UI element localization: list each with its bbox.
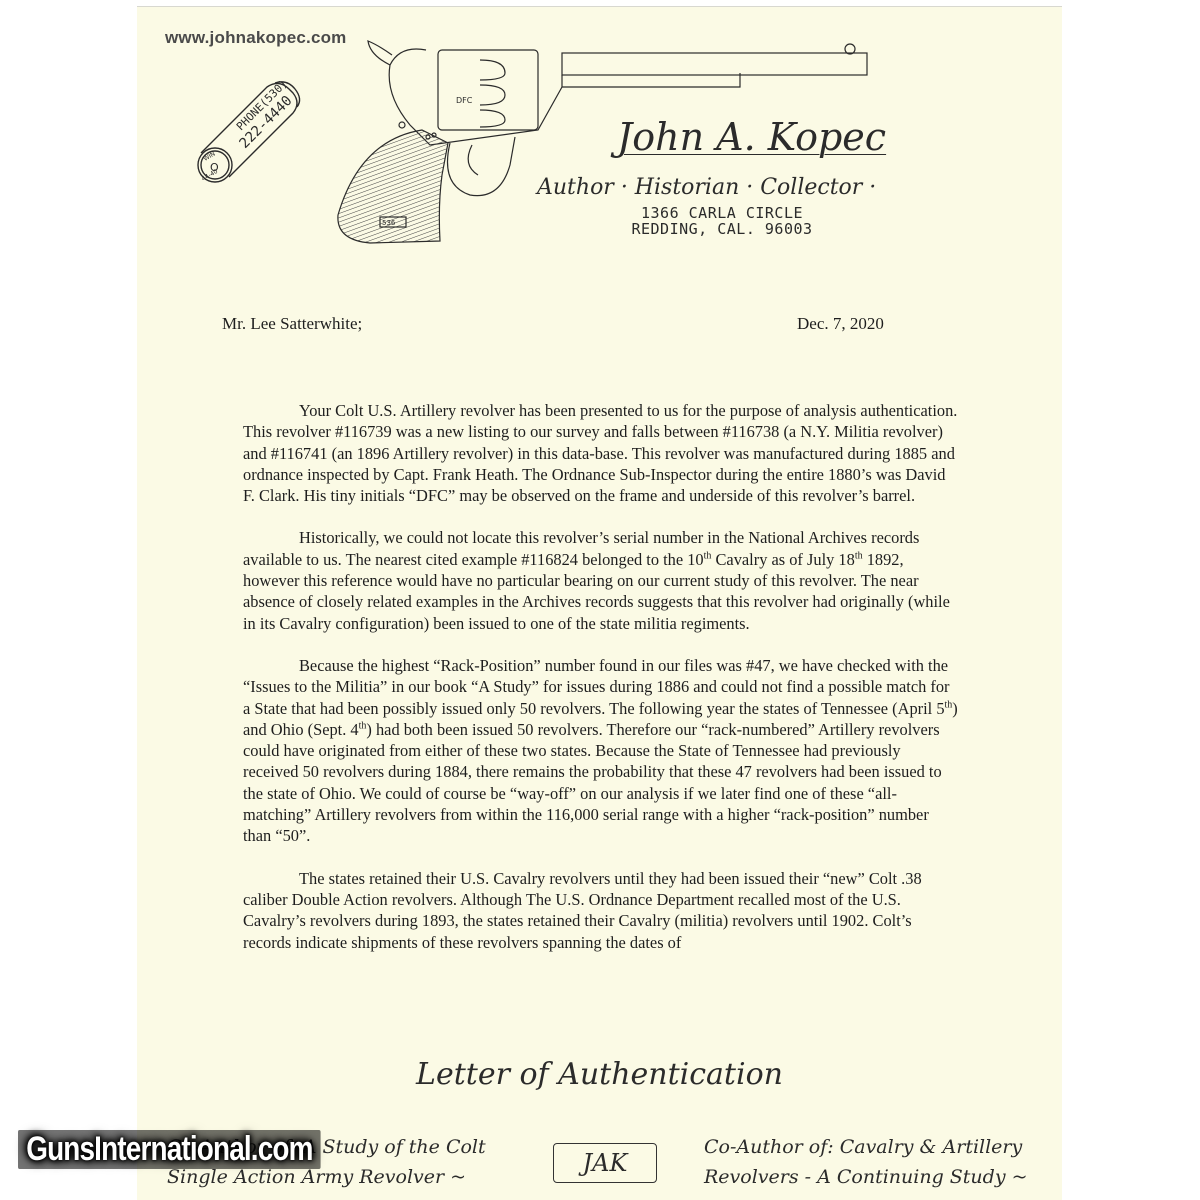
letter-of-authentication-title: Letter of Authentication (137, 1057, 1062, 1092)
website-url[interactable]: www.johnakopec.com (165, 28, 347, 48)
book-credit-right-line-2: Revolvers - A Continuing Study ~ (704, 1162, 1028, 1192)
salutation: Mr. Lee Satterwhite; (222, 314, 362, 334)
book-credit-right: Co-Author of: Cavalry & Artillery Revolv… (704, 1132, 1028, 1192)
paragraph: Because the highest “Rack-Position” numb… (243, 655, 959, 847)
letter-date: Dec. 7, 2020 (797, 314, 884, 334)
address-line-2: REDDING, CAL. 96003 (622, 221, 822, 237)
letterhead-address: 1366 CARLA CIRCLE REDDING, CAL. 96003 (622, 205, 822, 237)
letterhead-title: Author · Historian · Collector · (537, 175, 876, 200)
address-line-1: 1366 CARLA CIRCLE (622, 205, 822, 221)
jak-monogram: JAK (553, 1143, 657, 1183)
cartridge-phone-icon: PHONE(530) 222-4440 WIN O 44-40 (189, 75, 309, 185)
letterhead-name: John A. Kopec (617, 115, 886, 159)
paragraph: Your Colt U.S. Artillery revolver has be… (243, 400, 959, 506)
svg-text:DFC: DFC (456, 96, 473, 105)
letter-page: www.johnakopec.com PHONE(530) 222-4440 W… (137, 6, 1062, 1200)
book-credit-right-line-1: Co-Author of: Cavalry & Artillery (704, 1132, 1028, 1162)
paragraph: Historically, we could not locate this r… (243, 527, 959, 633)
paragraph: The states retained their U.S. Cavalry r… (243, 868, 959, 953)
letter-body: Your Colt U.S. Artillery revolver has be… (243, 400, 959, 974)
gunsinternational-watermark: GunsInternational.com (18, 1130, 321, 1169)
svg-text:536: 536 (382, 219, 396, 227)
